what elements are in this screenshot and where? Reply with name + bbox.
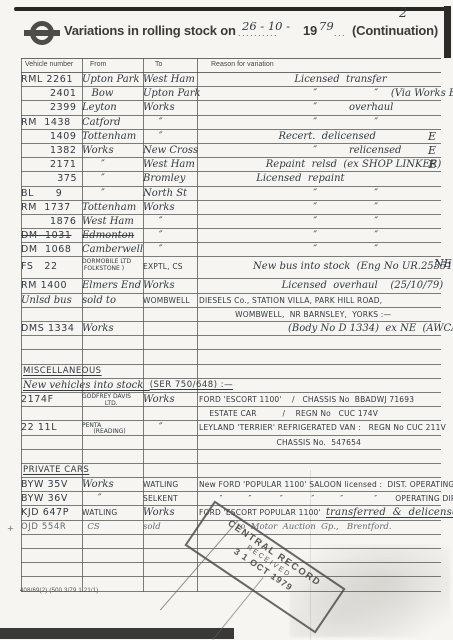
to-cell: ″ <box>143 116 197 129</box>
vehicle-number-cell: 2399 <box>21 101 82 114</box>
vehicle-number-cell: DMS 1334 <box>21 322 82 335</box>
from-cell: Catford <box>82 116 143 129</box>
reason-cell: WOMBWELL, NR BARNSLEY, YORKS :— <box>197 308 441 321</box>
reason-cell: Repaint relsd (ex SHOP LINKER)E <box>197 158 441 171</box>
table-row: WOMBWELL, NR BARNSLEY, YORKS :— <box>21 308 441 322</box>
table-row: FS 22DORMOBILE LTD FOLKSTONE )EXPTL, CS … <box>21 257 441 279</box>
to-cell: Upton Park <box>143 87 197 100</box>
margin-annotation: E <box>428 144 436 157</box>
reason-cell: ″ relicensedE <box>197 144 441 157</box>
vehicle-number-cell: RML 2261 <box>21 73 82 86</box>
form-header: Variations in rolling stock on .........… <box>0 0 453 58</box>
reason-cell: Licensed transfer <box>197 73 441 86</box>
from-cell: Works <box>82 144 143 157</box>
to-cell: WOMBWELL <box>143 294 197 307</box>
table-row: 1876West Ham ″ ″ ″ <box>21 215 441 229</box>
table-row: DMS 1334Works (Body No D 1334) ex NE (AW… <box>21 322 441 336</box>
reason-cell: FORD 'ESCORT 1100' / CHASSIS No BBADWJ 7… <box>197 393 441 406</box>
handwritten-year: 79 <box>319 19 334 33</box>
to-cell: EXPTL, CS <box>143 257 197 273</box>
handwritten-page-number: 2 <box>399 6 407 21</box>
table-row: BL 9 ″North St ″ ″ <box>21 187 441 201</box>
to-cell: ″ <box>143 215 197 228</box>
vehicle-number-cell: OJD 554R <box>21 521 82 534</box>
vehicle-number-cell: 1876 <box>21 215 82 228</box>
reason-cell: Licensed repaint <box>197 172 441 185</box>
reason-cell: ″ ″ <box>197 229 441 242</box>
blank-row <box>21 450 441 464</box>
from-cell: DORMOBILE LTD FOLKSTONE ) <box>82 257 143 272</box>
roundel-bar <box>24 30 60 36</box>
table-row: 1382WorksNew Cross ″ relicensedE <box>21 144 441 158</box>
table-row: Unlsd bussold toWOMBWELLDIESELS Co., STA… <box>21 294 441 308</box>
table-row: 2171 ″West Ham Repaint relsd (ex SHOP LI… <box>21 158 441 172</box>
to-cell: SELKENT <box>143 492 197 505</box>
scanned-form-page: Variations in rolling stock on .........… <box>0 0 453 640</box>
to-cell: ″ <box>143 421 197 434</box>
table-row: RM 1438Catford ″ ″ ″ <box>21 116 441 130</box>
reason-cell: LEYLAND 'TERRIER' REFRIGERATED VAN : REG… <box>197 421 446 434</box>
reason-cell: New FORD 'POPULAR 1100' SALOON licensed … <box>197 478 453 491</box>
to-cell: Works <box>143 101 197 114</box>
reason-cell: CHASSIS No. 547654 <box>197 436 441 449</box>
vehicle-number-cell: FS 22 <box>21 257 82 273</box>
table-row: 1409Tottenham ″ Recert. delicensedE <box>21 130 441 144</box>
table-row: 375 ″Bromley Licensed repaint <box>21 172 441 186</box>
reason-cell: ″ ″ ″ ″ ″ ″ OPERATING DIRECTOR <box>197 492 453 505</box>
reason-cell-part2: transferred & delicensed <box>326 507 453 518</box>
blank-row <box>21 336 441 350</box>
vehicle-number-cell: 2174F <box>21 393 82 406</box>
blank-row <box>21 350 441 364</box>
reason-cell: ″ ″ <box>197 215 441 228</box>
reason-cell: ″ overhaul <box>197 101 441 114</box>
scan-edge-bottom <box>0 628 234 639</box>
table-row: CHASSIS No. 547654 <box>21 436 441 450</box>
vehicle-number-cell: DM 1068 <box>21 243 82 256</box>
reason-cell: ″ ″ <box>197 201 441 214</box>
vehicle-number-cell: 1382 <box>21 144 82 157</box>
section-row: PRIVATE CARS <box>21 464 441 478</box>
to-cell: Bromley <box>143 172 197 185</box>
printed-year-prefix: 19 <box>303 23 317 38</box>
vehicle-number-cell: BYW 36V <box>21 492 82 505</box>
continuation-label: (Continuation) <box>352 23 438 38</box>
table-row: RML 2261Upton ParkWest Ham Licensed tran… <box>21 73 441 87</box>
table-row: BYW 36V ″SELKENT ″ ″ ″ ″ ″ ″ OPERATING D… <box>21 492 441 506</box>
handwritten-date: 26 - 10 - <box>242 19 290 33</box>
to-cell: New Cross <box>143 144 197 157</box>
vehicle-number-cell: DM 1031 <box>21 229 82 242</box>
reason-cell: Licensed overhaul (25/10/79) <box>197 279 443 292</box>
table-row: 2399LeytonWorks ″ overhaul <box>21 101 441 115</box>
from-cell: Elmers End <box>82 279 143 292</box>
table-row: ESTATE CAR / REGN No CUC 174V <box>21 407 441 421</box>
to-cell: WATLING <box>143 478 197 491</box>
reason-cell: ″ ″ <box>197 116 441 129</box>
from-cell: GODFREY DAVIS LTD. <box>82 393 143 408</box>
from-cell: Camberwell <box>82 243 143 256</box>
london-transport-roundel-icon <box>24 20 60 46</box>
from-cell: Edmonton <box>82 229 143 242</box>
vehicle-number-cell: 1409 <box>21 130 82 143</box>
table-row: BYW 35VWorksWATLINGNew FORD 'POPULAR 110… <box>21 478 441 492</box>
to-cell: West Ham <box>143 158 197 171</box>
reason-cell: ″ ″ (Via Works BO)RADIO <box>197 87 453 100</box>
from-cell: sold to <box>82 294 143 307</box>
reason-cell: ″ ″ <box>197 243 441 256</box>
from-cell: Works <box>82 478 143 491</box>
col-header-from: From <box>86 59 151 72</box>
col-header-reason: Reason for variation <box>209 59 441 72</box>
from-cell: PENTA (READING) <box>82 421 143 436</box>
from-cell: ″ <box>82 172 143 185</box>
reason-cell: Recert. delicensedE <box>197 130 441 143</box>
form-title: Variations in rolling stock on <box>64 23 236 38</box>
to-cell: West Ham <box>143 73 197 86</box>
from-cell: Upton Park <box>82 73 143 86</box>
to-cell: Works <box>143 506 197 519</box>
to-cell: ″ <box>143 130 197 143</box>
vehicle-number-cell: 375 <box>21 172 82 185</box>
table-row: DM 1031Edmonton ″ ″ ″ <box>21 229 441 243</box>
table-row: RM 1400Elmers EndWorks Licensed overhaul… <box>21 279 441 293</box>
to-cell: Works <box>143 279 197 292</box>
from-cell: ″ <box>82 187 143 200</box>
section-label: PRIVATE CARS <box>23 464 89 477</box>
reason-cell: ″ ″ <box>197 187 441 200</box>
vehicle-number-cell: 2171 <box>21 158 82 171</box>
reason-cell: ESTATE CAR / REGN No CUC 174V <box>197 407 441 420</box>
margin-annotation: NE <box>434 257 452 270</box>
reason-cell: DIESELS Co., STATION VILLA, PARK HILL RO… <box>197 294 441 307</box>
vehicle-number-cell: Unlsd bus <box>21 294 82 307</box>
section-label: MISCELLANEOUS <box>23 365 102 378</box>
left-margin-mark: + <box>7 523 14 536</box>
table-row: RM 1737TottenhamWorks ″ ″ <box>21 201 441 215</box>
to-cell: sold <box>143 521 197 534</box>
table-row: 2401 BowUpton Park ″ ″ (Via Works BO)RAD… <box>21 87 441 101</box>
section-label: New vehicles into stock <box>23 379 150 392</box>
reason-cell: New bus into stock (Eng No UR.25351)NE <box>197 257 453 273</box>
to-cell: Works <box>143 201 197 214</box>
to-cell: ″ <box>143 229 197 242</box>
section-row: New vehicles into stock (SER 750/648) :— <box>21 379 441 393</box>
to-cell: ″ <box>143 243 197 256</box>
vehicle-number-cell: RM 1438 <box>21 116 82 129</box>
col-header-to: To <box>151 59 209 72</box>
margin-annotation: E <box>428 130 436 143</box>
from-cell: West Ham <box>82 215 143 228</box>
from-cell: Leyton <box>82 101 143 114</box>
table-row: 2174FGODFREY DAVIS LTD.WorksFORD 'ESCORT… <box>21 393 441 407</box>
from-cell: Tottenham <box>82 130 143 143</box>
vehicle-number-cell: RM 1737 <box>21 201 82 214</box>
from-cell: Tottenham <box>82 201 143 214</box>
vehicle-number-cell: BL 9 <box>21 187 82 200</box>
vehicle-number-cell: 22 11L <box>21 421 82 434</box>
form-reference-number: 408/69(2) (500 3/79 1.21/1) <box>20 588 98 594</box>
section-row: MISCELLANEOUS <box>21 365 441 379</box>
table-header-row: Vehicle number From To Reason for variat… <box>21 58 441 73</box>
from-cell: ″ <box>82 492 143 505</box>
vehicle-number-cell: 2401 <box>21 87 82 100</box>
to-cell: Works <box>143 393 197 406</box>
from-cell: WATLING <box>82 506 143 519</box>
col-header-vehicle: Vehicle number <box>21 59 86 72</box>
margin-annotation: E <box>428 158 436 171</box>
from-cell: ″ <box>82 158 143 171</box>
vehicle-number-cell: KJD 647P <box>21 506 82 519</box>
from-cell: CS <box>82 521 143 534</box>
vehicle-number-cell: RM 1400 <box>21 279 82 292</box>
from-cell: Works <box>82 322 143 335</box>
table-row: 22 11LPENTA (READING) ″LEYLAND 'TERRIER'… <box>21 421 441 435</box>
reason-cell: (Body No D 1334) ex NE (AWCA 199/605) <box>197 322 453 335</box>
to-cell: North St <box>143 187 197 200</box>
table-row: DM 1068Camberwell ″ ″ ″ <box>21 243 441 257</box>
date-dotted-line-end: ... <box>334 28 346 38</box>
from-cell: Bow <box>82 87 143 100</box>
vehicle-number-cell: BYW 35V <box>21 478 82 491</box>
section-label-2: (SER 750/648) :— <box>150 379 233 392</box>
